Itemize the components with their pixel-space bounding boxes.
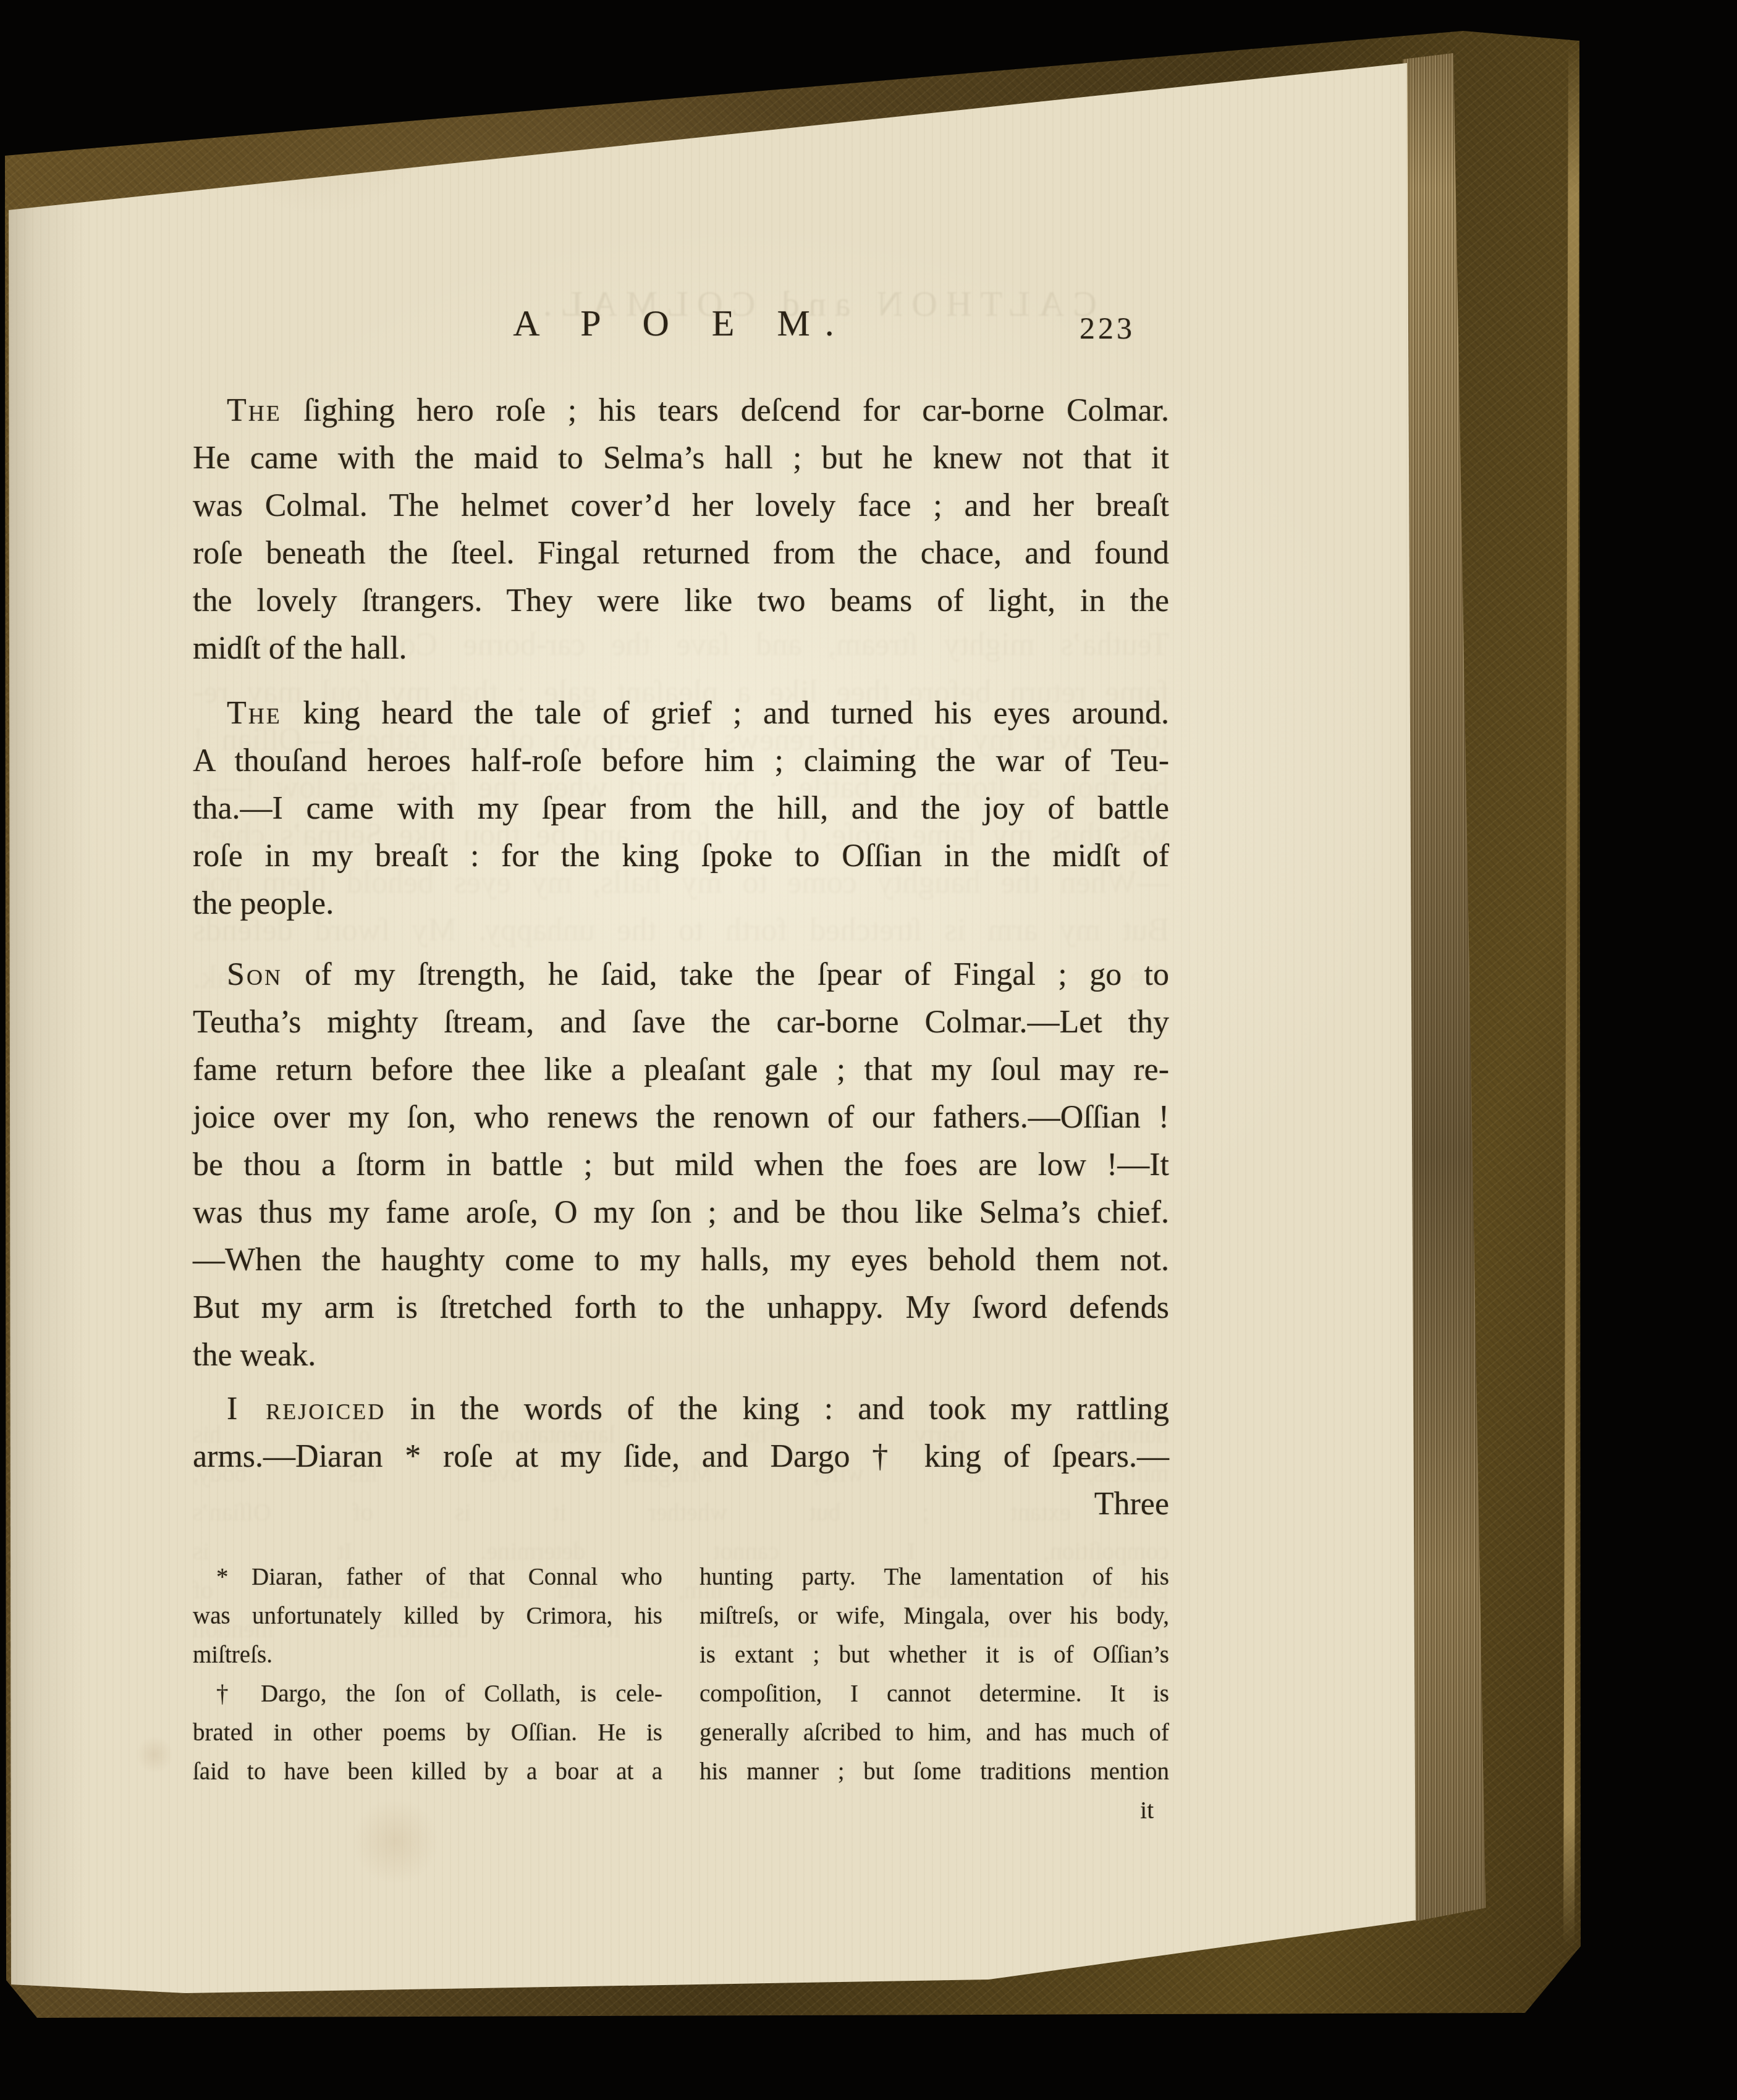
text-line: was thus my fame aroſe, O my ſon ; and b… [193, 1189, 1169, 1236]
page-content: A P O E M. 223 The ſighing hero roſe ; h… [193, 278, 1169, 1830]
first-line-text: in the words of the king : and took my r… [386, 1391, 1169, 1427]
paragraph: The king heard the tale of grief ; and t… [193, 689, 1169, 927]
text-line: the lovely ſtrangers. They were like two… [193, 577, 1169, 625]
text-line: roſe beneath the ſteel. Fingal returned … [193, 529, 1169, 577]
text-line: Teutha’s mighty ſtream, and ſave the car… [193, 998, 1169, 1046]
footnote-diaran: * Diaran, father of that Connal whowas u… [193, 1558, 662, 1674]
text-line: is extant ; but whether it is of Oſſian’… [699, 1635, 1169, 1674]
main-text-block: The ſighing hero roſe ; his tears deſcen… [193, 387, 1169, 1528]
text-line: fame return before thee like a pleaſant … [193, 1046, 1169, 1094]
text-line: But my arm is ſtretched forth to the unh… [193, 1284, 1169, 1331]
paragraph-lines: He came with the maid to Selma’s hall ; … [193, 434, 1169, 672]
paragraph-lines: arms.—Diaran * roſe at my ſide, and Darg… [193, 1433, 1169, 1480]
text-line: A thouſand heroes half-roſe before him ;… [193, 737, 1169, 785]
text-line: brated in other poems by Oſſian. He is [193, 1713, 662, 1752]
paragraph: I rejoiced in the words of the king : an… [193, 1385, 1169, 1480]
small-caps-lead: The [227, 393, 282, 428]
text-line: midſt of the hall. [193, 625, 1169, 672]
text-line: arms.—Diaran * roſe at my ſide, and Darg… [193, 1433, 1169, 1480]
text-line: was Colmal. The helmet cover’d her lovel… [193, 482, 1169, 529]
footnotes-section: * Diaran, father of that Connal whowas u… [193, 1558, 1169, 1830]
text-line: The king heard the tale of grief ; and t… [193, 689, 1169, 737]
text-line: was unfortunately killed by Crimora, his [193, 1596, 662, 1635]
text-line: the people. [193, 880, 1169, 927]
text-line: † Dargo, the ſon of Collath, is cele- [193, 1674, 662, 1713]
text-line: compoſition, I cannot determine. It is [699, 1674, 1169, 1713]
paragraph: Son of my ſtrength, he ſaid, take the ſp… [193, 951, 1169, 1379]
paragraph-lines: Teutha’s mighty ſtream, and ſave the car… [193, 998, 1169, 1379]
footnote-column-right: hunting party. The lamentation of hismiſ… [699, 1558, 1169, 1830]
catchword: it [699, 1791, 1154, 1830]
text-line: * Diaran, father of that Connal who [193, 1558, 662, 1596]
small-caps-lead: I rejoiced [227, 1391, 386, 1427]
footnote-dargo: † Dargo, the ſon of Collath, is cele-bra… [193, 1674, 662, 1791]
catchword: Three [193, 1480, 1169, 1528]
footnote-column-left: * Diaran, father of that Connal whowas u… [193, 1558, 662, 1830]
text-line: his manner ; but ſome traditions mention [699, 1752, 1169, 1791]
text-line: generally aſcribed to him, and has much … [699, 1713, 1169, 1752]
text-line: roſe in my breaſt : for the king ſpoke t… [193, 832, 1169, 880]
text-line: the weak. [193, 1331, 1169, 1379]
text-line: miſtreſs, or wife, Mingala, over his bod… [699, 1596, 1169, 1635]
text-line: tha.—I came with my ſpear from the hill,… [193, 785, 1169, 832]
text-line: The ſighing hero roſe ; his tears deſcen… [193, 387, 1169, 434]
page-header: A P O E M. 223 [193, 278, 1169, 369]
small-caps-lead: Son [227, 957, 282, 992]
page-number: 223 [1080, 310, 1135, 346]
running-title: A P O E M. [193, 302, 1169, 345]
first-line-text: king heard the tale of grief ; and turne… [282, 696, 1169, 731]
book-photograph: CALTHON and COLMAL. Teutha’s mighty ſtre… [0, 0, 1737, 2100]
first-line-text: ſighing hero roſe ; his tears deſcend fo… [282, 393, 1169, 428]
text-line: hunting party. The lamentation of his [699, 1558, 1169, 1596]
text-line: He came with the maid to Selma’s hall ; … [193, 434, 1169, 482]
paragraph-lines: A thouſand heroes half-roſe before him ;… [193, 737, 1169, 927]
paragraph: The ſighing hero roſe ; his tears deſcen… [193, 387, 1169, 672]
text-line: ſaid to have been killed by a boar at a [193, 1752, 662, 1791]
text-line: I rejoiced in the words of the king : an… [193, 1385, 1169, 1433]
text-line: —When the haughty come to my halls, my e… [193, 1236, 1169, 1284]
small-caps-lead: The [227, 696, 282, 731]
footnote-dargo-continued: hunting party. The lamentation of hismiſ… [699, 1558, 1169, 1791]
text-line: be thou a ſtorm in battle ; but mild whe… [193, 1141, 1169, 1189]
text-line: Son of my ſtrength, he ſaid, take the ſp… [193, 951, 1169, 998]
text-line: miſtreſs. [193, 1635, 662, 1674]
first-line-text: of my ſtrength, he ſaid, take the ſpear … [282, 957, 1169, 992]
text-line: joice over my ſon, who renews the renown… [193, 1094, 1169, 1141]
